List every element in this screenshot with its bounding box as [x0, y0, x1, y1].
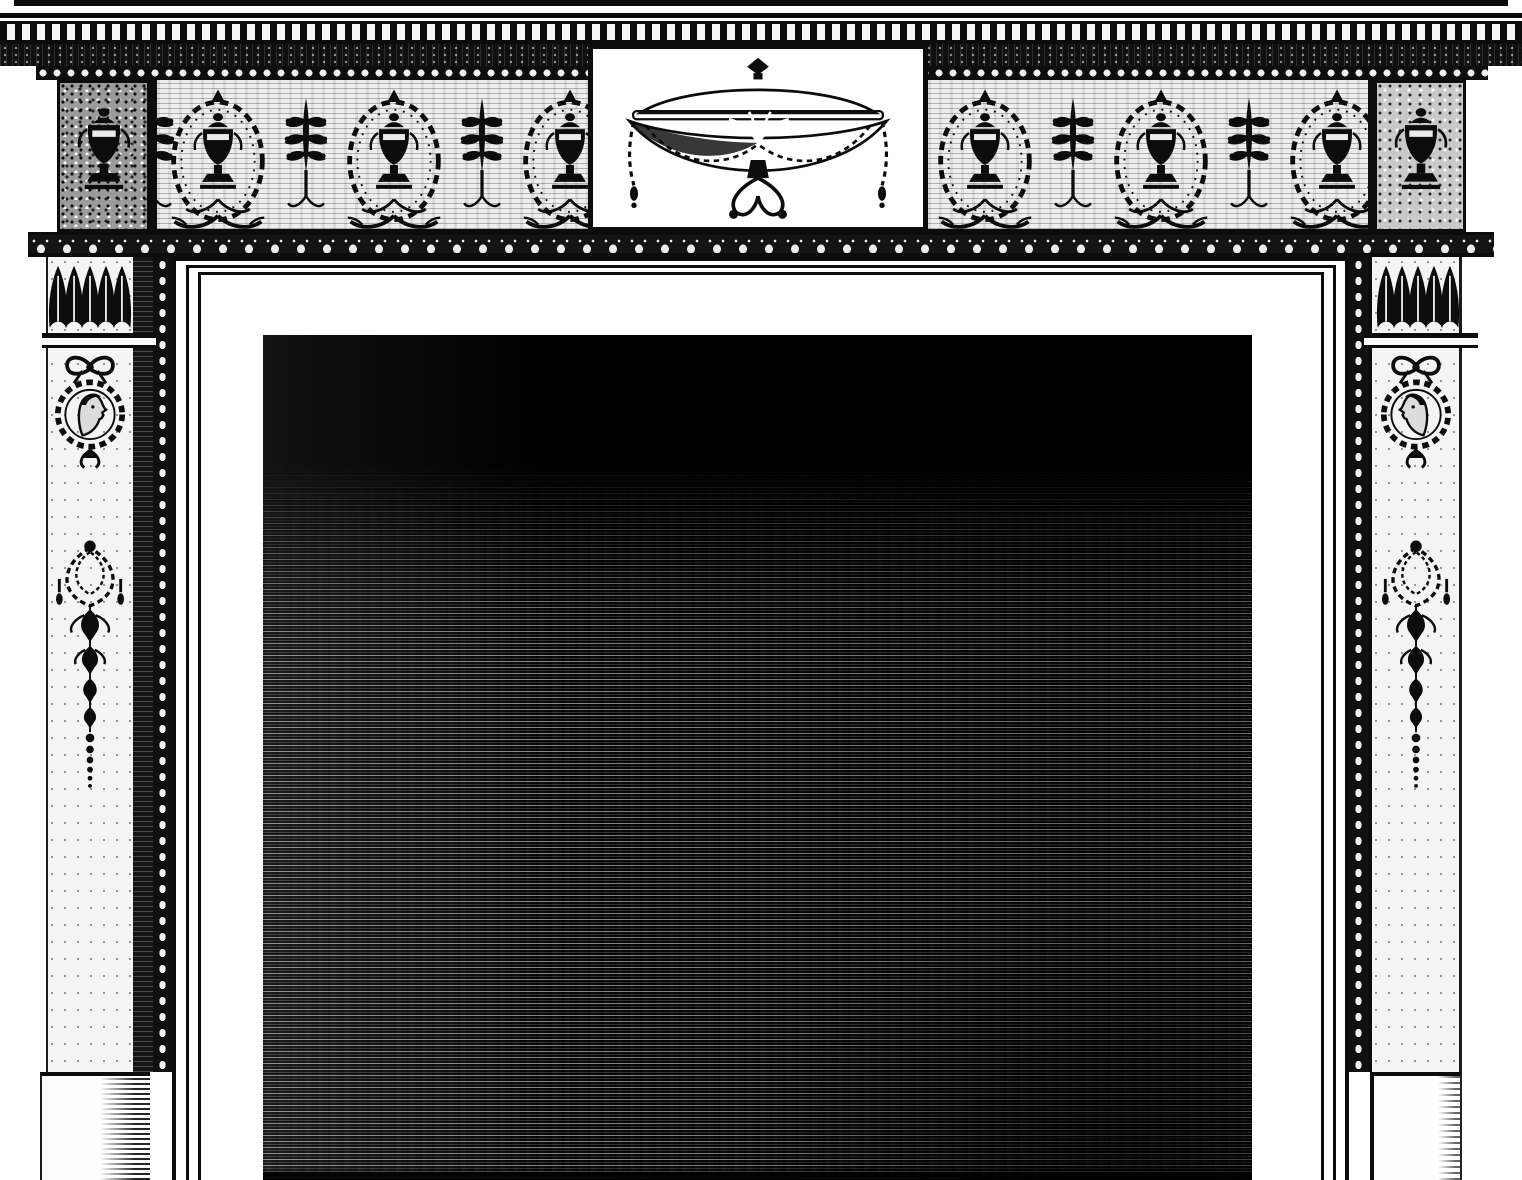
cornice-top-fillet: [14, 0, 1508, 6]
dentil-band: [0, 21, 1522, 44]
frieze-separator-left: [150, 80, 157, 232]
anthemion-icon: [1227, 83, 1271, 229]
anthemion-icon: [1051, 83, 1095, 229]
urn-icon: [72, 99, 136, 211]
architrave-bead-strip-left: [153, 257, 172, 1072]
engraving-canvas: [0, 0, 1522, 1180]
wreath-urn-icon: [932, 83, 1038, 229]
cameo-medallion-icon: [1370, 352, 1462, 494]
astragal-moulding-right: [1364, 333, 1478, 350]
plinth-left: [40, 1072, 150, 1180]
wreath-urn-icon: [341, 83, 447, 229]
wreath-urn-icon: [165, 83, 271, 229]
urn-icon: [1389, 99, 1453, 211]
cameo-medallion-icon: [44, 352, 136, 494]
acanthus-capital-icon: [1376, 258, 1460, 334]
wreath-urn-icon: [1108, 83, 1214, 229]
shelf-egg-band: [28, 232, 1494, 257]
husk-drop-garland-icon: [44, 492, 136, 844]
frieze-right: [928, 80, 1368, 232]
wreath-urn-icon: [1284, 83, 1368, 229]
cornice-upper-fillet: [0, 13, 1522, 18]
plinth-left-shading: [100, 1076, 150, 1180]
husk-drop-garland-icon: [1370, 492, 1462, 844]
plinth-right-shading: [1438, 1076, 1460, 1180]
firebox-opening: [263, 335, 1252, 1180]
frieze-left: [157, 80, 588, 232]
anthemion-icon: [460, 83, 504, 229]
pilaster-left-shadow: [133, 257, 153, 1072]
acanthus-capital-icon: [48, 258, 132, 334]
anthemion-icon: [284, 83, 328, 229]
draped-urn-icon: [603, 55, 913, 227]
capital-block-right: [1374, 80, 1466, 232]
astragal-moulding-left: [42, 333, 156, 350]
wreath-urn-icon: [517, 83, 588, 229]
capital-block-left: [57, 80, 150, 232]
plinth-right: [1370, 1072, 1462, 1180]
architrave-bead-strip-right: [1349, 257, 1368, 1072]
center-tablet: [588, 44, 928, 232]
